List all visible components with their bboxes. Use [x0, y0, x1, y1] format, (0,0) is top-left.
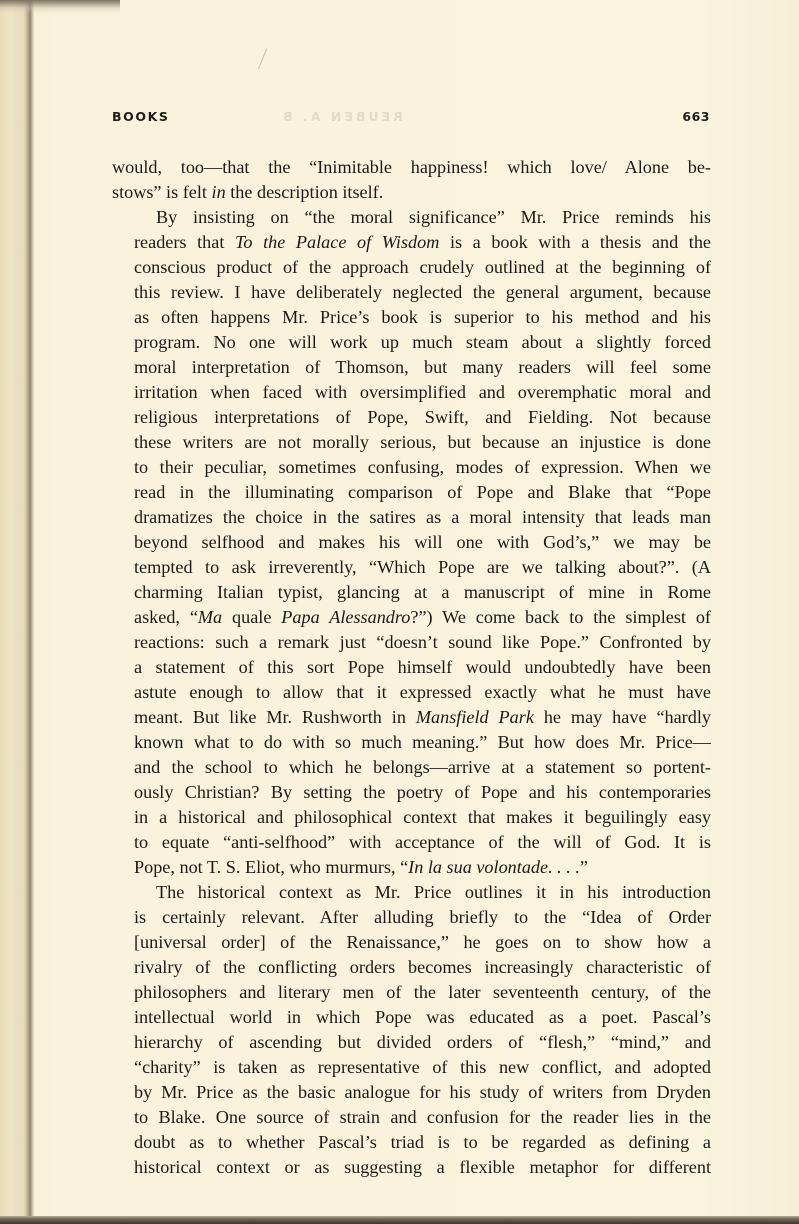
text-line: meant. But like Mr. Rushworth in Mansfie…	[112, 705, 711, 730]
text-line: The historical context as Mr. Price outl…	[112, 880, 711, 905]
show-through-text: REUBEN A. B	[280, 109, 403, 124]
pencil-mark	[258, 49, 267, 70]
text-line: intellectual world in which Pope was edu…	[112, 1005, 711, 1030]
text-line: reactions: such a remark just “doesn’t s…	[112, 630, 711, 655]
text-line: tempted to ask irreverently, “Which Pope…	[112, 555, 711, 580]
text-line: charming Italian typist, glancing at a m…	[112, 580, 711, 605]
text-line: this review. I have deliberately neglect…	[112, 280, 711, 305]
text-line: read in the illuminating comparison of P…	[112, 480, 711, 505]
text-line: stows” is felt in the description itself…	[112, 180, 711, 205]
paragraph: By insisting on “the moral significance”…	[112, 205, 711, 880]
paragraph: The historical context as Mr. Price outl…	[112, 880, 711, 1180]
book-page: BOOKS REUBEN A. B 663 would, too—that th…	[0, 0, 799, 1224]
page-number: 663	[682, 109, 710, 124]
text-line: beyond selfhood and makes his will one w…	[112, 530, 711, 555]
paragraph: would, too—that the “Inimitable happines…	[112, 155, 711, 205]
running-head-section: BOOKS	[112, 109, 169, 124]
text-line: doubt as to whether Pascal’s triad is to…	[112, 1130, 711, 1155]
text-line: known what to do with so much meaning.” …	[112, 730, 711, 755]
text-line: irritation when faced with oversimplifie…	[112, 380, 711, 405]
text-line: religious interpretations of Pope, Swift…	[112, 405, 711, 430]
text-line: and the school to which he belongs—arriv…	[112, 755, 711, 780]
text-line: is certainly relevant. After alluding br…	[112, 905, 711, 930]
text-line: by Mr. Price as the basic analogue for h…	[112, 1080, 711, 1105]
text-line: historical context or as suggesting a fl…	[112, 1155, 711, 1180]
running-head: BOOKS REUBEN A. B 663	[112, 109, 710, 129]
text-line: rivalry of the conflicting orders become…	[112, 955, 711, 980]
text-line: hierarchy of ascending but divided order…	[112, 1030, 711, 1055]
text-line: as often happens Mr. Price’s book is sup…	[112, 305, 711, 330]
text-line: to Blake. One source of strain and confu…	[112, 1105, 711, 1130]
text-line: program. No one will work up much steam …	[112, 330, 711, 355]
top-edge-shadow	[0, 0, 120, 14]
text-line: these writers are not morally serious, b…	[112, 430, 711, 455]
text-line: Pope, not T. S. Eliot, who murmurs, “In …	[112, 855, 711, 880]
text-line: dramatizes the choice in the satires as …	[112, 505, 711, 530]
text-line: astute enough to allow that it expressed…	[112, 680, 711, 705]
text-line: “charity” is taken as representative of …	[112, 1055, 711, 1080]
text-line: By insisting on “the moral significance”…	[112, 205, 711, 230]
text-line: philosophers and literary men of the lat…	[112, 980, 711, 1005]
binding-gutter	[0, 0, 34, 1224]
bottom-page-edge	[0, 1216, 799, 1224]
text-line: ously Christian? By setting the poetry o…	[112, 780, 711, 805]
text-line: moral interpretation of Thomson, but man…	[112, 355, 711, 380]
body-text: would, too—that the “Inimitable happines…	[112, 155, 711, 1180]
text-line: a statement of this sort Pope himself wo…	[112, 655, 711, 680]
text-line: to their peculiar, sometimes confusing, …	[112, 455, 711, 480]
text-line: to equate “anti-selfhood” with acceptanc…	[112, 830, 711, 855]
text-line: in a historical and philosophical contex…	[112, 805, 711, 830]
text-line: readers that To the Palace of Wisdom is …	[112, 230, 711, 255]
text-line: would, too—that the “Inimitable happines…	[112, 155, 711, 180]
text-line: conscious product of the approach crudel…	[112, 255, 711, 280]
text-line: [universal order] of the Renaissance,” h…	[112, 930, 711, 955]
text-line: asked, “Ma quale Papa Alessandro?”) We c…	[112, 605, 711, 630]
